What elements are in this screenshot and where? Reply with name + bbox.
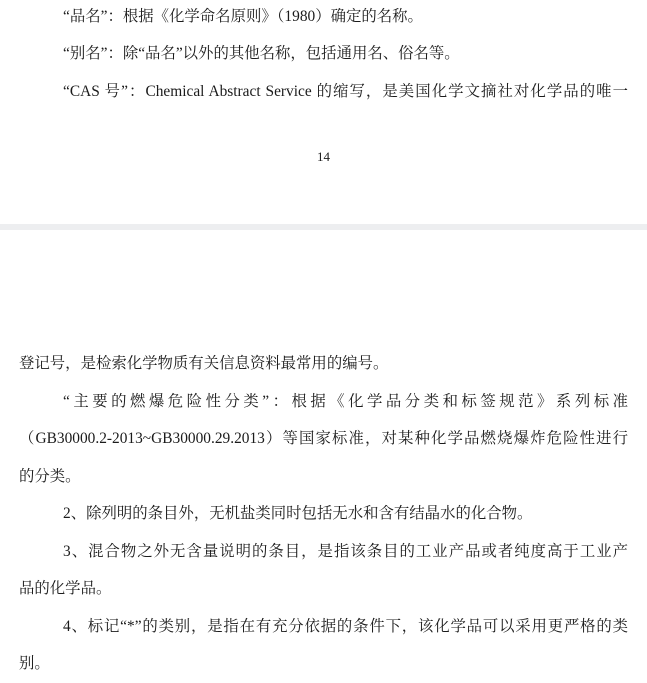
text-line: 登记号，是检索化学物质有关信息资料最常用的编号。 (19, 345, 628, 383)
text-line: 品的化学品。 (19, 570, 628, 608)
text-line: 4、标记“*”的类别，是指在有充分依据的条件下，该化学品可以采用更严格的类 (19, 608, 628, 646)
text-line: “别名”：除“品名”以外的其他名称，包括通用名、俗名等。 (19, 35, 628, 73)
page-2-top: 登记号，是检索化学物质有关信息资料最常用的编号。 “主要的燃爆危险性分类”：根据… (0, 345, 647, 683)
text-line: 2、除列明的条目外，无机盐类同时包括无水和含有结晶水的化合物。 (19, 495, 628, 533)
page-break-gap (0, 224, 647, 230)
text-line: 别。 (19, 645, 628, 683)
text-line: “主要的燃爆危险性分类”：根据《化学品分类和标签规范》系列标准 (19, 383, 628, 421)
text-line: “品名”：根据《化学命名原则》（1980）确定的名称。 (19, 0, 628, 35)
text-line: （GB30000.2-2013~GB30000.29.2013）等国家标准，对某… (19, 420, 628, 458)
text-line: “CAS 号”：Chemical Abstract Service 的缩写，是美… (19, 73, 628, 111)
page-number: 14 (0, 145, 647, 169)
document-page-view: “品名”：根据《化学命名原则》（1980）确定的名称。 “别名”：除“品名”以外… (0, 0, 647, 683)
page-1-bottom: “品名”：根据《化学命名原则》（1980）确定的名称。 “别名”：除“品名”以外… (0, 0, 647, 110)
text-line: 的分类。 (19, 458, 628, 496)
text-line: 3、混合物之外无含量说明的条目，是指该条目的工业产品或者纯度高于工业产 (19, 533, 628, 571)
